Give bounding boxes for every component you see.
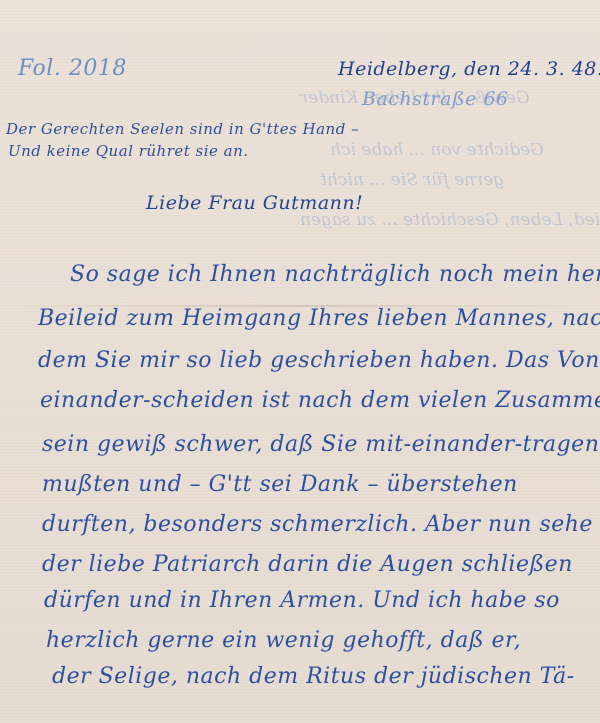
body-line: herzlich gerne ein wenig gehofft, daß er…: [46, 628, 521, 653]
body-line: einander-scheiden ist nach dem vielen Zu…: [40, 388, 600, 413]
body-line: mußten und – G'tt sei Dank – überstehen: [42, 472, 518, 497]
salutation: Liebe Frau Gutmann!: [146, 192, 363, 214]
motto-line-1: Der Gerechten Seelen sind in G'ttes Hand…: [6, 120, 359, 138]
bleed-through-text: Gedichte von ... habe ich: [330, 140, 544, 160]
bleed-through-text: gerne für Sie ... nicht: [320, 170, 504, 190]
sender-address: Bachstraße 66: [362, 88, 509, 110]
body-line: der Selige, nach dem Ritus der jüdischen…: [52, 664, 575, 689]
letter-page: Gewiß ... Ihr lieben Kinder Gedichte von…: [0, 0, 600, 723]
body-line: der liebe Patriarch darin die Augen schl…: [42, 552, 573, 577]
archive-folio-note: Fol. 2018: [18, 56, 127, 81]
body-line: dürfen und in Ihren Armen. Und ich habe …: [44, 588, 560, 613]
body-line: sein gewiß schwer, daß Sie mit-einander-…: [42, 432, 599, 457]
motto-line-2: Und keine Qual rühret sie an.: [8, 142, 249, 160]
place-date: Heidelberg, den 24. 3. 48.: [338, 58, 600, 80]
body-line: dem Sie mir so lieb geschrieben haben. D…: [38, 348, 600, 373]
body-line: So sage ich Ihnen nachträglich noch mein…: [70, 262, 600, 287]
body-line: durften, besonders schmerzlich. Aber nun…: [42, 512, 593, 537]
body-line: Beileid zum Heimgang Ihres lieben Mannes…: [38, 306, 600, 331]
